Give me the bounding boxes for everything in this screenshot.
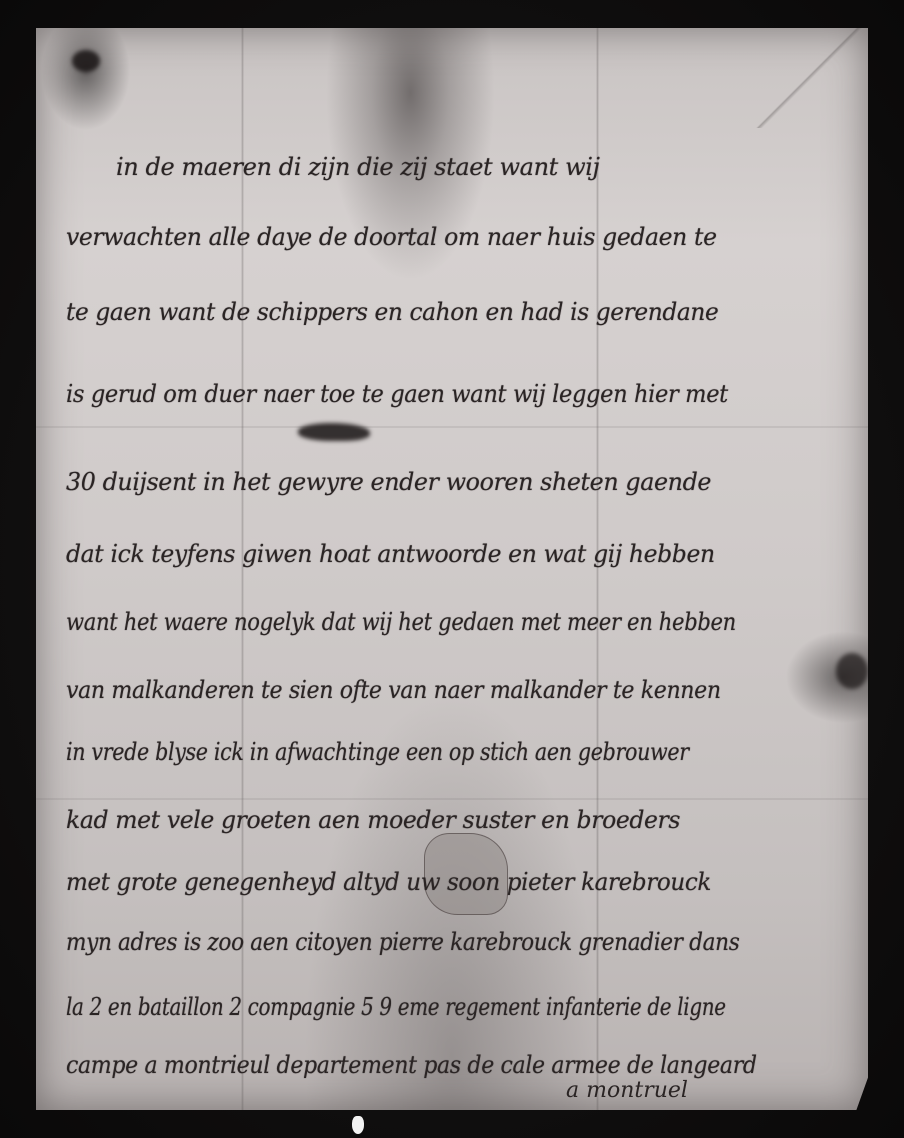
letter-paper: in de maeren di zijn die zij staet want … (36, 28, 868, 1110)
photo-frame: in de maeren di zijn die zij staet want … (0, 0, 904, 1138)
letter-line: la 2 en bataillon 2 compagnie 5 9 eme re… (66, 993, 738, 1021)
letter-line: verwachten alle daye de doortal om naer … (66, 223, 860, 251)
letter-line: myn adres is zoo aen citoyen pierre kare… (66, 928, 795, 956)
letter-line: campe a montrieul departement pas de cal… (66, 1051, 811, 1079)
letter-line: dat ick teyfens giwen hoat antwoorde en … (66, 540, 860, 568)
letter-line: van malkanderen te sien ofte van naer ma… (66, 676, 811, 704)
letter-line: kad met vele groeten aen moeder suster e… (66, 806, 860, 834)
letter-text: in de maeren di zijn die zij staet want … (36, 28, 868, 1110)
letter-line: is gerud om duer naer toe te gaen want w… (66, 380, 827, 408)
letter-line: in de maeren di zijn die zij staet want … (116, 153, 904, 181)
letter-line: in vrede blyse ick in afwachtinge een op… (66, 738, 763, 766)
letter-line-annotation: a montruel (566, 1078, 688, 1103)
letter-line: te gaen want de schippers en cahon en ha… (66, 298, 852, 326)
film-speck (352, 1116, 364, 1134)
letter-line: want het waere nogelyk dat wij het gedae… (66, 608, 779, 636)
letter-line: 30 duijsent in het gewyre ender wooren s… (66, 468, 868, 496)
letter-line: met grote genegenheyd altyd uw soon piet… (66, 868, 844, 896)
